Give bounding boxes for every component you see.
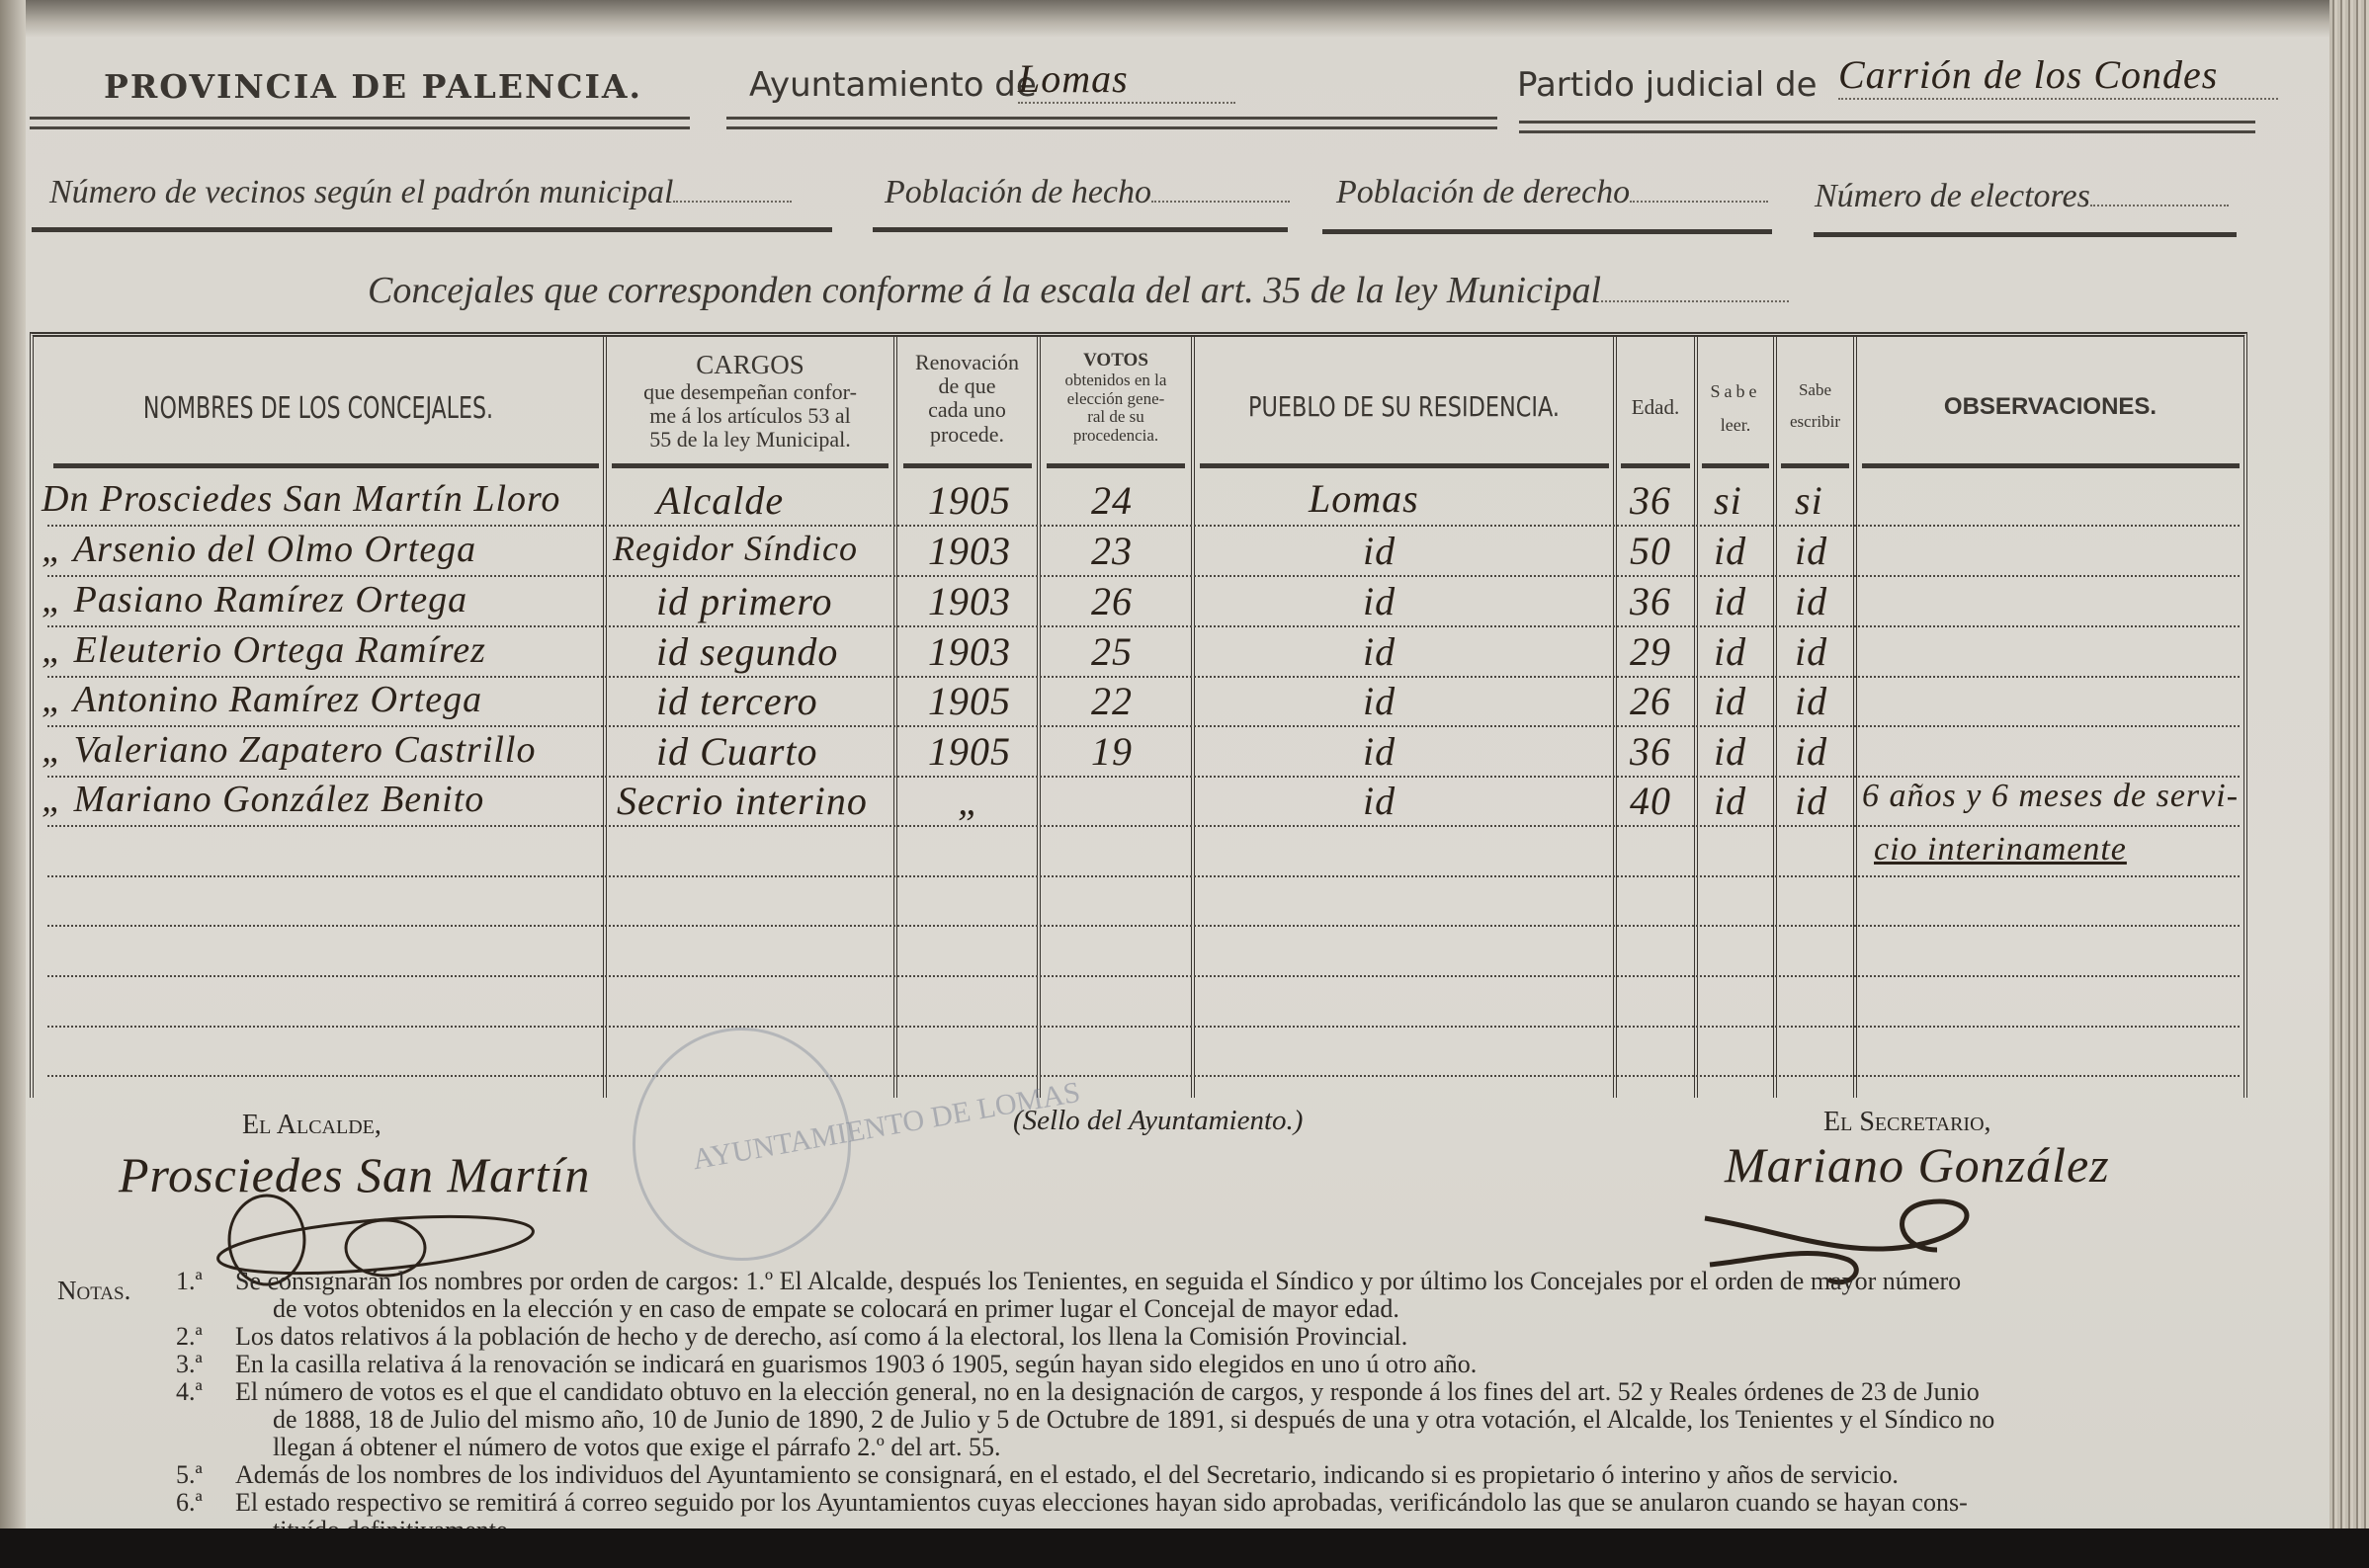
provincia-title: PROVINCIA DE PALENCIA. [104, 67, 642, 106]
cell-escribir: id [1795, 528, 1827, 574]
alcalde-label: El Alcalde, [242, 1110, 381, 1141]
row-line [47, 575, 2240, 577]
stats-rule-1 [32, 227, 832, 232]
note-line: Los datos relativos á la población de he… [235, 1323, 1994, 1351]
col-divider [893, 337, 897, 1098]
cell-edad: 36 [1630, 578, 1671, 624]
cell-observaciones-cont: cio interinamente [1874, 831, 2127, 868]
cell-escribir: id [1795, 778, 1827, 824]
header-votos-line: elección gene- [1041, 390, 1191, 409]
cell-escribir: id [1795, 578, 1827, 624]
cell-cargo: id tercero [656, 678, 818, 724]
header-renovacion-line: Renovación [897, 351, 1037, 374]
note-item: 5.ª Además de los nombres de los individ… [176, 1461, 1994, 1489]
header-rule-1 [30, 117, 690, 129]
col-divider [1191, 337, 1195, 1098]
electores-field: Número de electores [1815, 178, 2229, 215]
cell-escribir: id [1795, 628, 1827, 675]
cell-leer: id [1714, 778, 1746, 824]
cell-pueblo: id [1363, 678, 1396, 724]
header-pueblo: PUEBLO DE SU RESIDENCIA. [1236, 392, 1570, 423]
note-item: 2.ª Los datos relativos á la población d… [176, 1323, 1994, 1351]
concejales-value [1601, 300, 1789, 302]
sello-label: (Sello del Ayuntamiento.) [1013, 1105, 1303, 1137]
derecho-value [1630, 201, 1768, 203]
row-line [47, 525, 2240, 527]
cell-renovacion: 1903 [928, 628, 1011, 675]
header-votos-line: ral de su [1041, 408, 1191, 427]
row-line [47, 925, 2240, 927]
cell-nombre: „ Valeriano Zapatero Castrillo [42, 728, 537, 772]
cell-votos: 26 [1091, 578, 1133, 624]
header-renovacion: Renovación de que cada uno procede. [897, 351, 1037, 447]
row-line [47, 875, 2240, 877]
note-line: Se consignarán los nombres por orden de … [235, 1268, 1994, 1295]
cell-pueblo: id [1363, 578, 1396, 624]
note-number: 6.ª [176, 1489, 203, 1517]
cell-cargo: id segundo [656, 628, 838, 675]
header-sabe-leer: Sabe leer. [1698, 374, 1773, 442]
header-cargos: CARGOS que desempeñan confor- me á los a… [607, 351, 893, 452]
stats-rule-2 [873, 227, 1288, 232]
cell-cargo: id Cuarto [656, 728, 817, 775]
cell-renovacion: 1903 [928, 578, 1011, 624]
cell-leer: id [1714, 578, 1746, 624]
cell-pueblo: id [1363, 528, 1396, 574]
header-rule-2 [726, 117, 1497, 129]
cell-renovacion: 1905 [928, 477, 1011, 524]
cell-escribir: si [1795, 477, 1823, 524]
header-sabe-leer-line: Sabe [1698, 374, 1773, 408]
note-number: 4.ª [176, 1378, 203, 1406]
note-item: 3.ª En la casilla relativa á la renovaci… [176, 1351, 1994, 1378]
electores-label: Número de electores [1815, 178, 2090, 214]
note-number: 3.ª [176, 1351, 203, 1378]
row-line [47, 625, 2240, 627]
header-bottom-rule [1200, 463, 1609, 468]
row-line [47, 975, 2240, 977]
ayuntamiento-value: Lomas [1018, 55, 1235, 104]
cell-nombre: „ Antonino Ramírez Ortega [42, 678, 482, 721]
header-cargos-line: que desempeñan confor- [607, 380, 893, 404]
cell-renovacion: „ [958, 778, 980, 824]
note-item: 1.ª Se consignarán los nombres por orden… [176, 1268, 1994, 1323]
concejales-line: Concejales que corresponden conforme á l… [368, 269, 1789, 312]
note-line: llegan á obtener el número de votos que … [235, 1434, 1994, 1461]
header-votos: VOTOS obtenidos en la elección gene- ral… [1041, 351, 1191, 446]
cell-edad: 40 [1630, 778, 1671, 824]
note-line: de votos obtenidos en la elección y en c… [235, 1295, 1994, 1323]
note-number: 2.ª [176, 1323, 203, 1351]
header-bottom-rule [1702, 463, 1769, 468]
note-line: de 1888, 18 de Julio del mismo año, 10 d… [235, 1406, 1994, 1434]
note-line: El estado respectivo se remitirá á corre… [235, 1489, 1994, 1517]
header-votos-line: obtenidos en la [1041, 371, 1191, 390]
cell-pueblo: id [1363, 728, 1396, 775]
notes-list: 1.ª Se consignarán los nombres por orden… [176, 1268, 1994, 1544]
col-divider [1853, 337, 1857, 1098]
header-bottom-rule [1621, 463, 1690, 468]
cell-nombre: „ Pasiano Ramírez Ortega [42, 578, 467, 621]
cell-leer: id [1714, 628, 1746, 675]
page-bottom-shadow [0, 1528, 2369, 1568]
note-number: 5.ª [176, 1461, 203, 1489]
header-sabe-escribir-line: escribir [1777, 406, 1853, 438]
header-votos-line: procedencia. [1041, 427, 1191, 446]
cell-escribir: id [1795, 678, 1827, 724]
cell-edad: 50 [1630, 528, 1671, 574]
cell-leer: id [1714, 678, 1746, 724]
header-rule-3 [1519, 121, 2255, 133]
page-stack-edge [2329, 0, 2369, 1568]
cell-renovacion: 1903 [928, 528, 1011, 574]
partido-value: Carrión de los Condes [1838, 51, 2278, 100]
cell-nombre: Dn Prosciedes San Martín Lloro [42, 477, 560, 521]
partido-label: Partido judicial de [1517, 65, 1818, 105]
cell-votos: 23 [1091, 528, 1133, 574]
cell-cargo: Regidor Síndico [613, 528, 858, 569]
notes-label: Notas. [57, 1277, 130, 1304]
document-page: PROVINCIA DE PALENCIA. Ayuntamiento de L… [0, 0, 2369, 1568]
cell-cargo: Secrio interino [617, 778, 868, 824]
derecho-label: Población de derecho [1336, 174, 1630, 210]
ayuntamiento-stamp: AYUNTAMIENTO DE LOMAS [633, 1028, 851, 1261]
cell-votos: 24 [1091, 477, 1133, 524]
cell-cargo: Alcalde [656, 477, 784, 524]
header-renovacion-line: procede. [897, 423, 1037, 447]
hecho-value [1151, 201, 1290, 203]
cell-leer: si [1714, 477, 1742, 524]
cell-escribir: id [1795, 728, 1827, 775]
vecinos-field: Número de vecinos según el padrón munici… [49, 174, 792, 211]
header-bottom-rule [1781, 463, 1849, 468]
header-observaciones: OBSERVACIONES. [1857, 394, 2243, 420]
col-divider [1773, 337, 1777, 1098]
stats-rule-4 [1814, 232, 2237, 237]
cell-votos: 22 [1091, 678, 1133, 724]
book-binding [0, 0, 26, 1568]
concejales-table: NOMBRES DE LOS CONCEJALES. CARGOS que de… [30, 332, 2247, 1098]
header-bottom-rule [612, 463, 888, 468]
cell-edad: 36 [1630, 477, 1671, 524]
col-divider [1037, 337, 1041, 1098]
col-divider [1613, 337, 1617, 1098]
row-line [47, 725, 2240, 727]
col-divider [1694, 337, 1698, 1098]
note-number: 1.ª [176, 1268, 203, 1295]
cell-observaciones: 6 años y 6 meses de servi- [1862, 778, 2239, 815]
ayuntamiento-label: Ayuntamiento de [749, 65, 1037, 105]
note-line: En la casilla relativa á la renovación s… [235, 1351, 1994, 1378]
cell-edad: 29 [1630, 628, 1671, 675]
derecho-field: Población de derecho [1336, 174, 1768, 211]
vecinos-value [673, 201, 792, 203]
cell-nombre: „ Eleuterio Ortega Ramírez [42, 628, 486, 672]
page-top-edge [26, 0, 2338, 38]
cell-renovacion: 1905 [928, 678, 1011, 724]
header-cargos-line: 55 de la ley Municipal. [607, 428, 893, 452]
secretario-label: El Secretario, [1823, 1107, 1991, 1138]
cell-votos: 19 [1091, 728, 1133, 775]
electores-value [2090, 205, 2229, 206]
hecho-field: Población de hecho [885, 174, 1290, 211]
header-cargos-title: CARGOS [607, 351, 893, 380]
header-cargos-line: me á los artículos 53 al [607, 404, 893, 428]
hecho-label: Población de hecho [885, 174, 1151, 210]
cell-pueblo: Lomas [1309, 475, 1419, 522]
header-renovacion-line: cada uno [897, 398, 1037, 422]
cell-leer: id [1714, 728, 1746, 775]
cell-renovacion: 1905 [928, 728, 1011, 775]
header-bottom-rule [1047, 463, 1185, 468]
header-edad: Edad. [1617, 396, 1694, 419]
row-line [47, 1026, 2240, 1028]
header-bottom-rule [53, 463, 599, 468]
header-sabe-escribir-line: Sabe [1777, 374, 1853, 406]
cell-pueblo: id [1363, 778, 1396, 824]
note-item: 4.ª El número de votos es el que el cand… [176, 1378, 1994, 1461]
header-bottom-rule [1862, 463, 2240, 468]
cell-pueblo: id [1363, 628, 1396, 675]
cell-votos: 25 [1091, 628, 1133, 675]
header-sabe-escribir: Sabe escribir [1777, 374, 1853, 439]
vecinos-label: Número de vecinos según el padrón munici… [49, 174, 673, 210]
header-sabe-leer-line: leer. [1698, 408, 1773, 442]
note-line: El número de votos es el que el candidat… [235, 1378, 1994, 1406]
row-line [47, 1075, 2240, 1077]
row-line [47, 825, 2240, 827]
header-renovacion-line: de que [897, 374, 1037, 398]
secretario-signature: Mariano González [1725, 1136, 2110, 1194]
cell-nombre: „ Arsenio del Olmo Ortega [42, 528, 476, 571]
header-bottom-rule [903, 463, 1032, 468]
concejales-text: Concejales que corresponden conforme á l… [368, 270, 1601, 311]
header-nombres: NOMBRES DE LOS CONCEJALES. [85, 392, 551, 425]
cell-edad: 36 [1630, 728, 1671, 775]
note-line: Además de los nombres de los individuos … [235, 1461, 1994, 1489]
cell-cargo: id primero [656, 578, 833, 624]
stats-rule-3 [1322, 229, 1772, 234]
cell-leer: id [1714, 528, 1746, 574]
cell-nombre: „ Mariano González Benito [42, 778, 484, 821]
header-votos-title: VOTOS [1041, 351, 1191, 371]
cell-edad: 26 [1630, 678, 1671, 724]
